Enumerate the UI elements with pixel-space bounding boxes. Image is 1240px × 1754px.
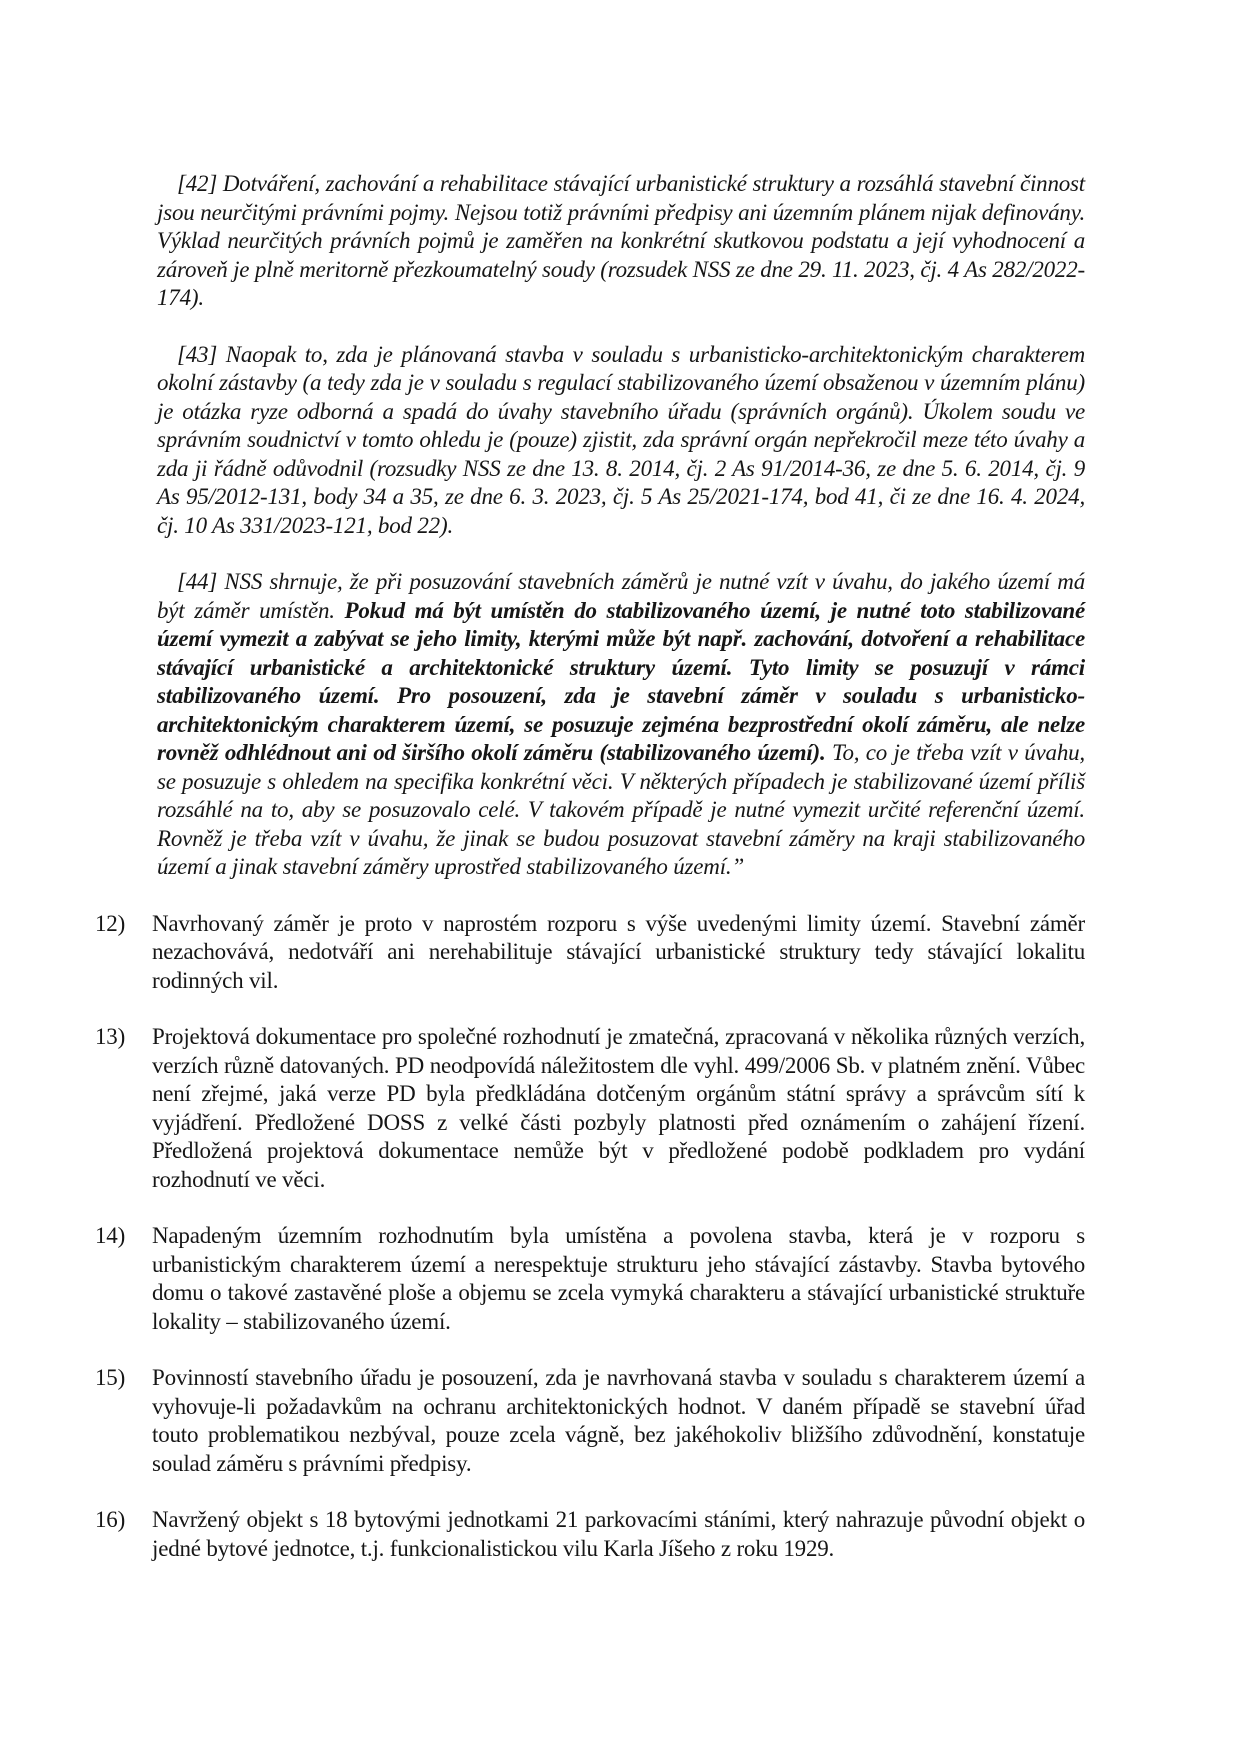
list-item-number: 14) [95,1222,147,1251]
quote-paragraph-para-44: [44] NSS shrnuje, že při posuzování stav… [157,568,1085,882]
document-body: [42] Dotváření, zachování a rehabilitace… [0,0,1240,1563]
document-page: [42] Dotváření, zachování a rehabilitace… [0,0,1240,1754]
list-item-text: Napadeným územním rozhodnutím byla umíst… [152,1223,1085,1334]
list-item-15: 15)Povinností stavebního úřadu je posouz… [152,1364,1085,1478]
list-item-14: 14)Napadeným územním rozhodnutím byla um… [152,1222,1085,1336]
list-item-number: 15) [95,1364,147,1393]
list-item-12: 12)Navrhovaný záměr je proto v naprostém… [152,910,1085,996]
numbered-objection-list: 12)Navrhovaný záměr je proto v naprostém… [152,910,1085,1564]
list-item-text: Navržený objekt s 18 bytovými jednotkami… [152,1507,1085,1561]
quoted-citation-block: [42] Dotváření, zachování a rehabilitace… [152,170,1085,882]
list-item-16: 16)Navržený objekt s 18 bytovými jednotk… [152,1506,1085,1563]
quote-text-segment: [43] Naopak to, zda je plánovaná stavba … [157,342,1085,538]
list-item-text: Projektová dokumentace pro společné rozh… [152,1024,1085,1192]
list-item-number: 12) [95,910,147,939]
quote-text-segment: [42] Dotváření, zachování a rehabilitace… [157,171,1085,310]
quote-paragraph-para-43: [43] Naopak to, zda je plánovaná stavba … [157,341,1085,541]
list-item-text: Povinností stavebního úřadu je posouzení… [152,1365,1085,1476]
list-item-13: 13)Projektová dokumentace pro společné r… [152,1023,1085,1194]
list-item-number: 13) [95,1023,147,1052]
list-item-number: 16) [95,1506,147,1535]
quote-paragraph-para-42: [42] Dotváření, zachování a rehabilitace… [157,170,1085,313]
list-item-text: Navrhovaný záměr je proto v naprostém ro… [152,911,1085,993]
